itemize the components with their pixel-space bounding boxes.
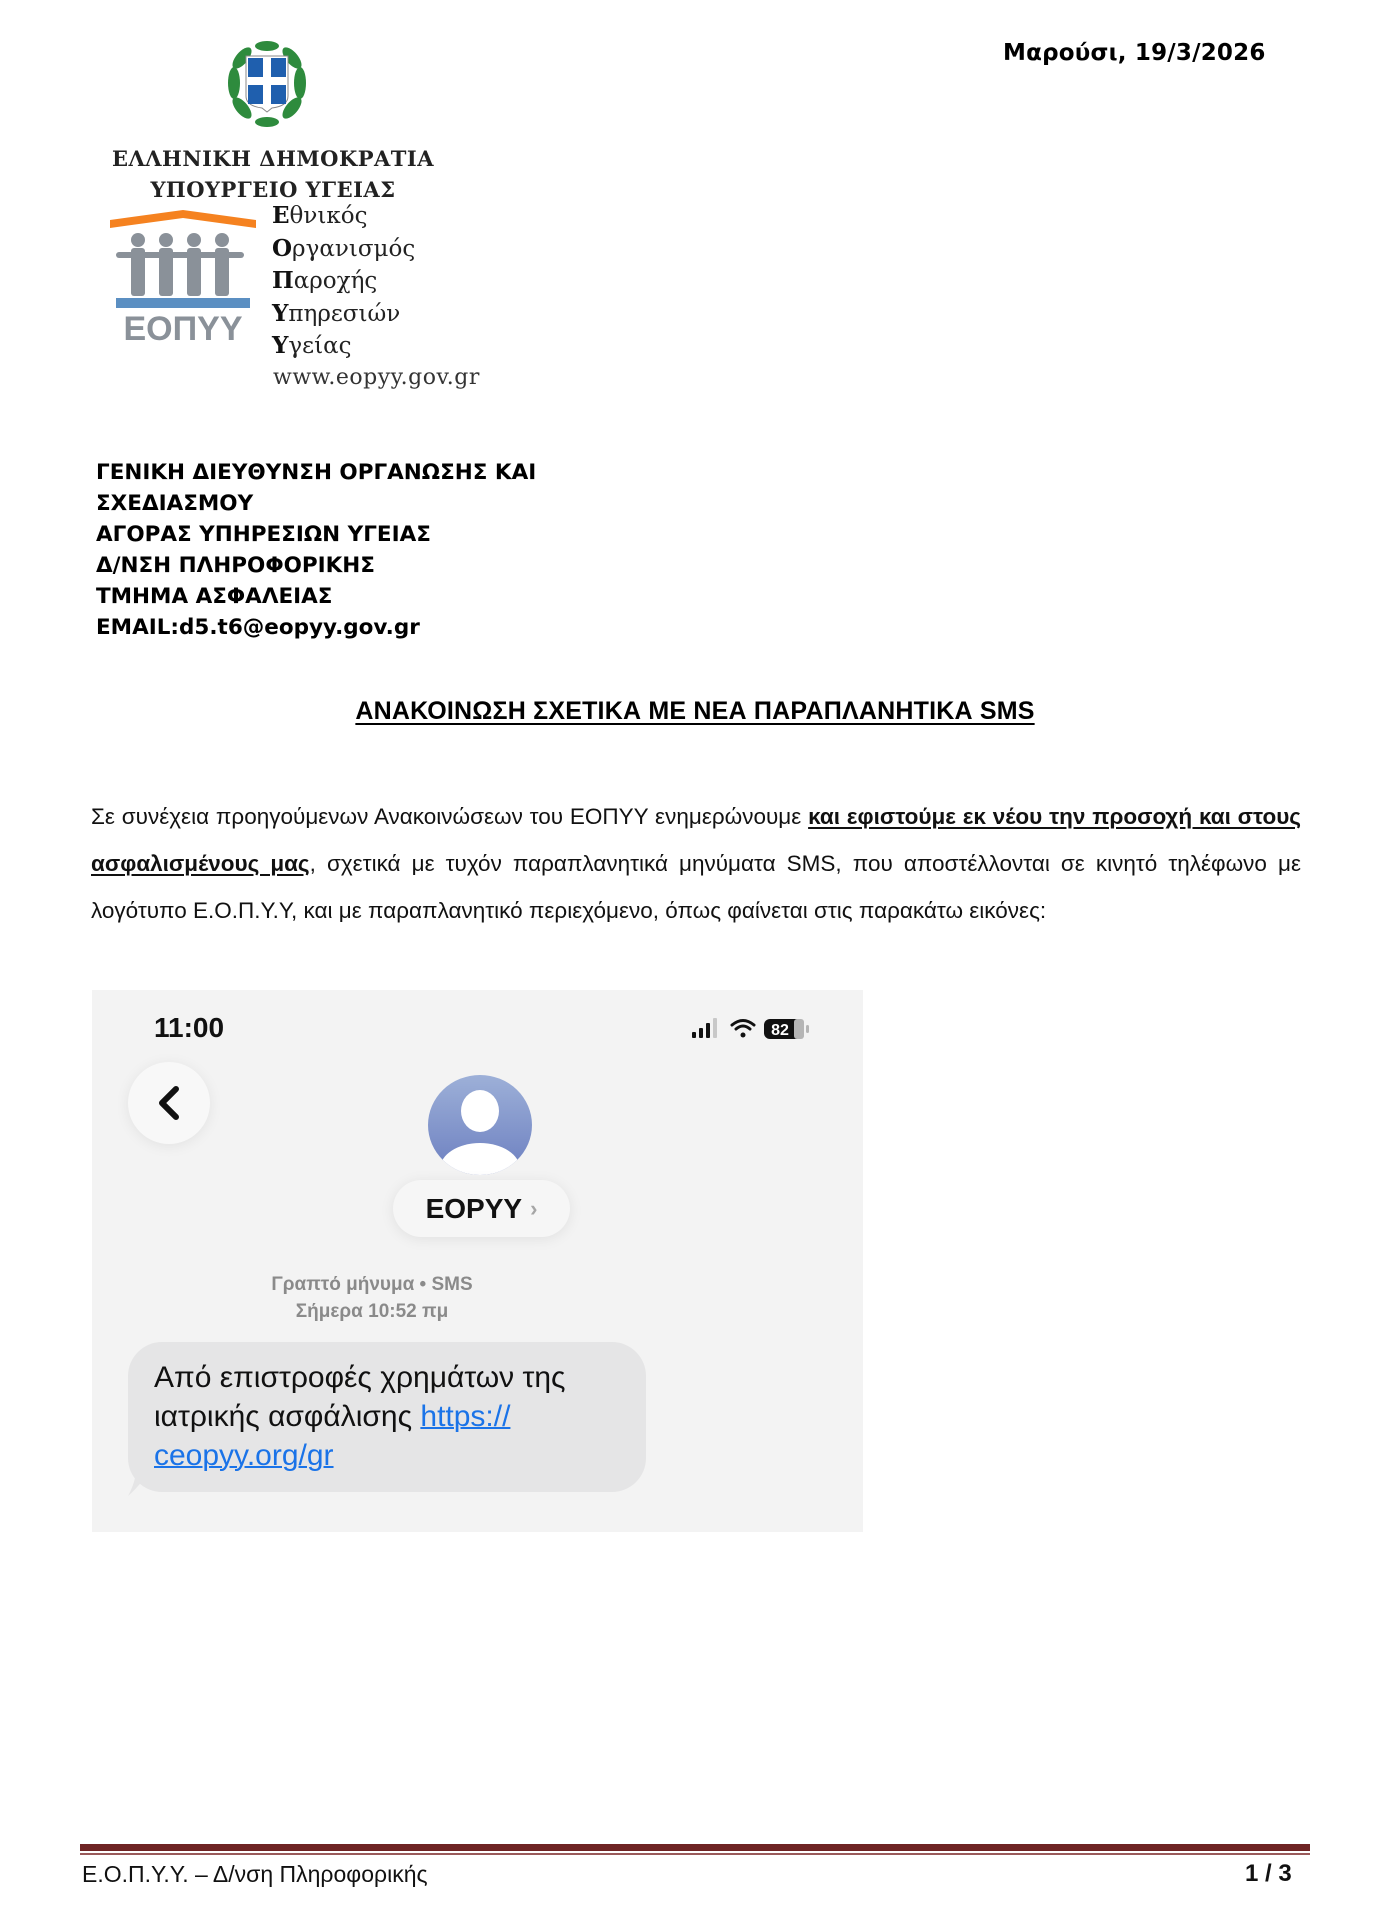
chevron-right-icon: ›	[530, 1196, 537, 1222]
coat-of-arms-icon	[222, 38, 312, 128]
eopyy-acronym: Εθνικός Οργανισμός Παροχής Υπηρεσιών Υγε…	[272, 200, 415, 363]
page-number: 1 / 3	[1245, 1860, 1292, 1888]
department-line: Δ/ΝΣΗ ΠΛΗΡΟΦΟΡΙΚΗΣ	[96, 550, 536, 581]
body-text: Σε συνέχεια προηγούμενων Ανακοινώσεων το…	[91, 804, 808, 829]
announcement-title: ΑΝΑΚΟΙΝΩΣΗ ΣΧΕΤΙΚΑ ΜΕ ΝΕΑ ΠΑΡΑΠΛΑΝΗΤΙΚΑ …	[355, 697, 1034, 725]
sms-screenshot: 11:00 82	[92, 990, 863, 1532]
document-date: Μαρούσι, 19/3/2026	[1003, 40, 1266, 66]
government-header: ΕΛΛΗΝΙΚΗ ΔΗΜΟΚΡΑΤΙΑ ΥΠΟΥΡΓΕΙΟ ΥΓΕΙΑΣ	[108, 143, 438, 205]
acronym-line: Εθνικός	[272, 200, 415, 233]
announcement-title-wrap: ΑΝΑΚΟΙΝΩΣΗ ΣΧΕΤΙΚΑ ΜΕ ΝΕΑ ΠΑΡΑΠΛΑΝΗΤΙΚΑ …	[0, 697, 1390, 726]
svg-text:82: 82	[771, 1022, 789, 1039]
announcement-body: Σε συνέχεια προηγούμενων Ανακοινώσεων το…	[91, 793, 1301, 934]
acronym-line: Υπηρεσιών	[272, 298, 415, 331]
acronym-line: Οργανισμός	[272, 233, 415, 266]
message-timestamp: Σήμερα 10:52 πμ	[92, 1301, 652, 1323]
chevron-left-icon	[154, 1085, 184, 1121]
contact-name-button[interactable]: EOPYY ›	[393, 1180, 570, 1237]
department-line: ΓΕΝΙΚΗ ΔΙΕΥΘΥΝΣΗ ΟΡΓΑΝΩΣΗΣ ΚΑΙ	[96, 457, 536, 488]
signal-icon	[692, 1018, 717, 1038]
acronym-line: Παροχής	[272, 265, 415, 298]
status-bar-icons: 82	[690, 1016, 830, 1042]
battery-icon: 82	[764, 1019, 809, 1039]
footer-divider	[80, 1844, 1310, 1856]
department-block: ΓΕΝΙΚΗ ΔΙΕΥΘΥΝΣΗ ΟΡΓΑΝΩΣΗΣ ΚΑΙ ΣΧΕΔΙΑΣΜΟ…	[96, 457, 536, 643]
contact-avatar-icon[interactable]	[423, 1073, 537, 1177]
department-email[interactable]: EMAIL:d5.t6@eopyy.gov.gr	[96, 612, 536, 643]
acronym-line: Υγείας	[272, 330, 415, 363]
svg-text:ΕΟΠΥΥ: ΕΟΠΥΥ	[123, 310, 242, 348]
phone-clock: 11:00	[154, 1012, 224, 1044]
back-button[interactable]	[128, 1062, 210, 1144]
department-line: ΑΓΟΡΑΣ ΥΠΗΡΕΣΙΩΝ ΥΓΕΙΑΣ	[96, 519, 536, 550]
republic-label: ΕΛΛΗΝΙΚΗ ΔΗΜΟΚΡΑΤΙΑ	[108, 143, 438, 174]
department-line: ΤΜΗΜΑ ΑΣΦΑΛΕΙΑΣ	[96, 581, 536, 612]
department-line: ΣΧΕΔΙΑΣΜΟΥ	[96, 488, 536, 519]
footer-department: Ε.Ο.Π.Υ.Υ. – Δ/νση Πληροφορικής	[82, 1861, 428, 1888]
message-text: Από επιστροφές χρημάτων της ιατρικής ασφ…	[154, 1358, 634, 1475]
message-type: Γραπτό μήνυμα • SMS	[92, 1274, 652, 1296]
contact-name: EOPYY	[426, 1193, 522, 1225]
wifi-icon	[732, 1021, 754, 1038]
website-link[interactable]: www.eopyy.gov.gr	[273, 365, 480, 390]
eopyy-logo-icon: ΕΟΠΥΥ	[108, 210, 258, 360]
